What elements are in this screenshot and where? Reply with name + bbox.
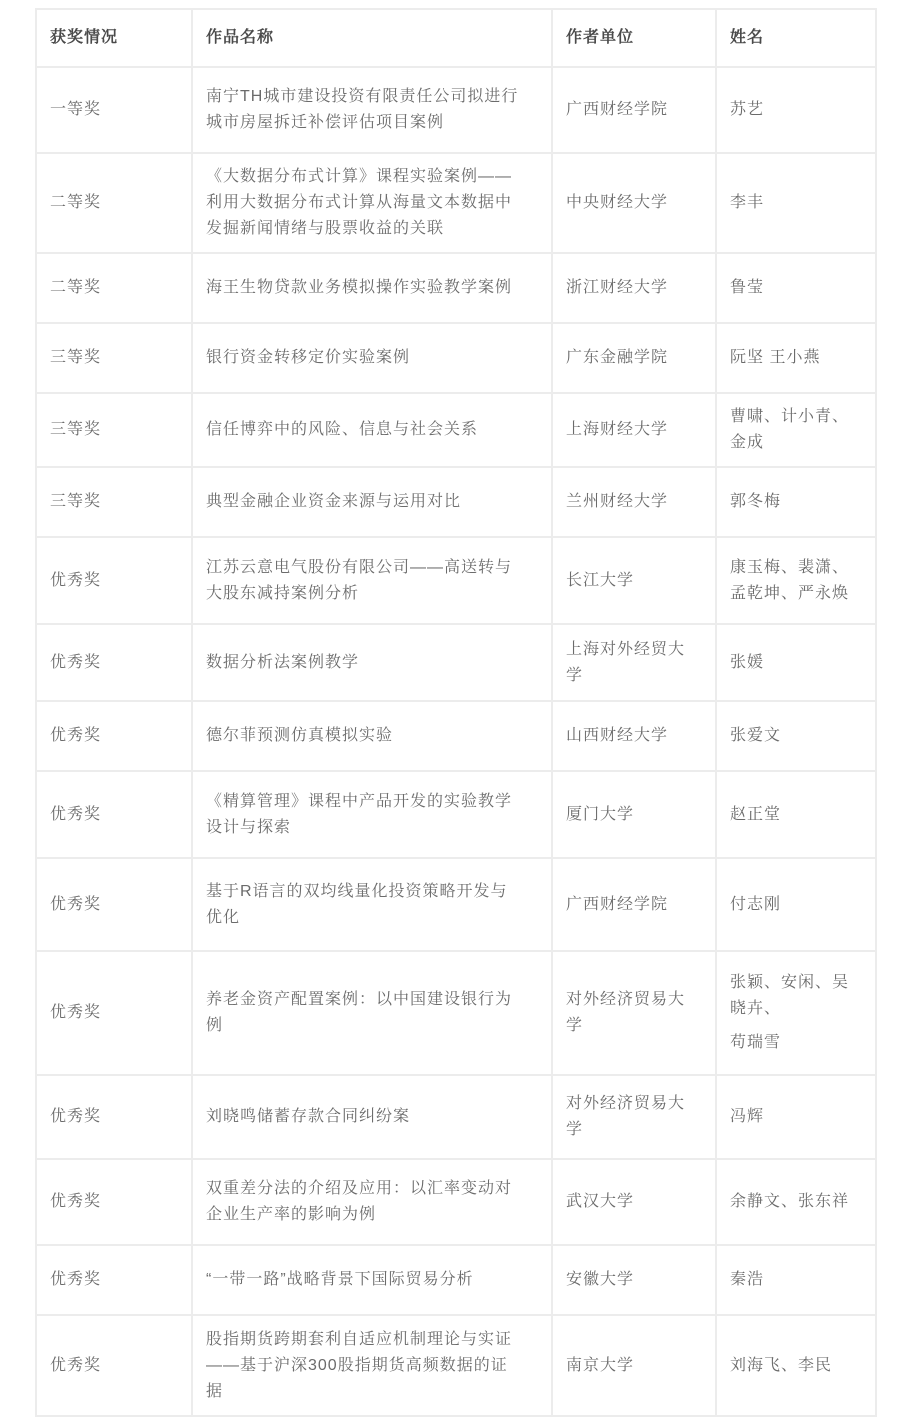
cell-org-text: 山西财经大学 [566,723,699,749]
cell-org-text: 广西财经学院 [566,892,699,918]
cell-title-text: “一带一路”战略背景下国际贸易分析 [206,1267,535,1293]
cell-award-text: 二等奖 [50,275,175,301]
table-row: 二等奖《大数据分布式计算》课程实验案例—— 利用大数据分布式计算从海量文本数据中… [36,153,876,253]
cell-org-text: 浙江财经大学 [566,275,699,301]
cell-title: 信任博弈中的风险、信息与社会关系 [192,393,552,467]
cell-award-text: 三等奖 [50,417,175,443]
cell-org: 南京大学 [552,1315,716,1416]
cell-names: 秦浩 [716,1245,876,1315]
cell-award-text: 三等奖 [50,489,175,515]
table-row: 优秀奖数据分析法案例教学上海对外经贸大 学张媛 [36,624,876,701]
cell-title-text: 股指期货跨期套利自适应机制理论与实证 ——基于沪深300股指期货高频数据的证 据 [206,1327,535,1405]
column-header-org: 作者单位 [552,9,716,67]
cell-names: 冯辉 [716,1075,876,1159]
table-row: 优秀奖德尔菲预测仿真模拟实验山西财经大学张爱文 [36,701,876,771]
cell-names-text: 张颖、安闲、吴 晓卉、 [730,970,859,1022]
cell-award: 优秀奖 [36,1075,192,1159]
cell-title-text: 基于R语言的双均线量化投资策略开发与 优化 [206,879,535,931]
cell-org-text: 武汉大学 [566,1189,699,1215]
cell-names-text: 张爱文 [730,723,859,749]
cell-award: 三等奖 [36,393,192,467]
cell-award: 优秀奖 [36,624,192,701]
table-header: 获奖情况作品名称作者单位姓名 [36,9,876,67]
table-row: 一等奖南宁TH城市建设投资有限责任公司拟进行 城市房屋拆迁补偿评估项目案例广西财… [36,67,876,153]
cell-names-text: 刘海飞、李民 [730,1353,859,1379]
cell-title: 南宁TH城市建设投资有限责任公司拟进行 城市房屋拆迁补偿评估项目案例 [192,67,552,153]
cell-names-text: 赵正堂 [730,802,859,828]
table-row: 优秀奖刘晓鸣储蓄存款合同纠纷案对外经济贸易大 学冯辉 [36,1075,876,1159]
cell-names-text: 郭冬梅 [730,489,859,515]
cell-title: 数据分析法案例教学 [192,624,552,701]
table-body: 一等奖南宁TH城市建设投资有限责任公司拟进行 城市房屋拆迁补偿评估项目案例广西财… [36,67,876,1416]
table-row: 优秀奖养老金资产配置案例：以中国建设银行为 例对外经济贸易大 学张颖、安闲、吴 … [36,951,876,1075]
cell-org: 广西财经学院 [552,67,716,153]
table-row: 优秀奖《精算管理》课程中产品开发的实验教学 设计与探索厦门大学赵正堂 [36,771,876,858]
cell-names-text: 余静文、张东祥 [730,1189,859,1215]
cell-award: 优秀奖 [36,771,192,858]
cell-title: 《大数据分布式计算》课程实验案例—— 利用大数据分布式计算从海量文本数据中 发掘… [192,153,552,253]
page: 获奖情况作品名称作者单位姓名 一等奖南宁TH城市建设投资有限责任公司拟进行 城市… [0,0,912,1420]
cell-title: 养老金资产配置案例：以中国建设银行为 例 [192,951,552,1075]
cell-names-text: 张媛 [730,650,859,676]
table-row: 优秀奖江苏云意电气股份有限公司——高送转与 大股东减持案例分析长江大学康玉梅、裴… [36,537,876,624]
column-header-award: 获奖情况 [36,9,192,67]
cell-names: 刘海飞、李民 [716,1315,876,1416]
table-row: 优秀奖“一带一路”战略背景下国际贸易分析安徽大学秦浩 [36,1245,876,1315]
table-row: 优秀奖股指期货跨期套利自适应机制理论与实证 ——基于沪深300股指期货高频数据的… [36,1315,876,1416]
cell-names: 张爱文 [716,701,876,771]
cell-title-text: 养老金资产配置案例：以中国建设银行为 例 [206,987,535,1039]
cell-org-text: 安徽大学 [566,1267,699,1293]
cell-names-text: 苏艺 [730,97,859,123]
cell-title: 典型金融企业资金来源与运用对比 [192,467,552,537]
cell-award: 优秀奖 [36,701,192,771]
cell-org: 广东金融学院 [552,323,716,393]
cell-names: 张媛 [716,624,876,701]
cell-title-text: 南宁TH城市建设投资有限责任公司拟进行 城市房屋拆迁补偿评估项目案例 [206,84,535,136]
header-row: 获奖情况作品名称作者单位姓名 [36,9,876,67]
column-header-title: 作品名称 [192,9,552,67]
cell-org: 上海对外经贸大 学 [552,624,716,701]
cell-names: 鲁莹 [716,253,876,323]
cell-award-text: 三等奖 [50,345,175,371]
cell-names-text: 阮坚 王小燕 [730,345,859,371]
cell-names: 曹啸、计小青、 金成 [716,393,876,467]
column-header-names: 姓名 [716,9,876,67]
awards-table: 获奖情况作品名称作者单位姓名 一等奖南宁TH城市建设投资有限责任公司拟进行 城市… [35,8,877,1417]
cell-award-text: 优秀奖 [50,1353,175,1379]
cell-names-text: 曹啸、计小青、 金成 [730,404,859,456]
cell-org-text: 广西财经学院 [566,97,699,123]
cell-award: 二等奖 [36,253,192,323]
cell-org-text: 南京大学 [566,1353,699,1379]
cell-names: 康玉梅、裴潇、 孟乾坤、严永焕 [716,537,876,624]
cell-org: 厦门大学 [552,771,716,858]
cell-title: 刘晓鸣储蓄存款合同纠纷案 [192,1075,552,1159]
cell-org-text: 广东金融学院 [566,345,699,371]
table-row: 三等奖信任博弈中的风险、信息与社会关系上海财经大学曹啸、计小青、 金成 [36,393,876,467]
cell-org: 对外经济贸易大 学 [552,1075,716,1159]
table-row: 二等奖海王生物贷款业务模拟操作实验教学案例浙江财经大学鲁莹 [36,253,876,323]
cell-title: 《精算管理》课程中产品开发的实验教学 设计与探索 [192,771,552,858]
table-row: 三等奖银行资金转移定价实验案例广东金融学院阮坚 王小燕 [36,323,876,393]
cell-names-text: 李丰 [730,190,859,216]
cell-title-text: 德尔菲预测仿真模拟实验 [206,723,535,749]
cell-award-text: 一等奖 [50,97,175,123]
cell-award: 优秀奖 [36,951,192,1075]
cell-award-text: 优秀奖 [50,892,175,918]
cell-names-text: 冯辉 [730,1104,859,1130]
cell-award: 二等奖 [36,153,192,253]
cell-org-text: 上海财经大学 [566,417,699,443]
cell-award: 三等奖 [36,467,192,537]
cell-title: 股指期货跨期套利自适应机制理论与实证 ——基于沪深300股指期货高频数据的证 据 [192,1315,552,1416]
cell-names-text: 康玉梅、裴潇、 孟乾坤、严永焕 [730,555,859,607]
cell-org: 中央财经大学 [552,153,716,253]
cell-title-text: 海王生物贷款业务模拟操作实验教学案例 [206,275,535,301]
cell-award-text: 优秀奖 [50,1267,175,1293]
cell-names: 阮坚 王小燕 [716,323,876,393]
cell-names: 郭冬梅 [716,467,876,537]
cell-org-text: 对外经济贸易大 学 [566,987,699,1039]
cell-award-text: 优秀奖 [50,1000,175,1026]
cell-title: 德尔菲预测仿真模拟实验 [192,701,552,771]
cell-title-text: 数据分析法案例教学 [206,650,535,676]
cell-award: 优秀奖 [36,1159,192,1245]
cell-award-text: 优秀奖 [50,568,175,594]
cell-org: 武汉大学 [552,1159,716,1245]
cell-org-text: 上海对外经贸大 学 [566,637,699,689]
cell-names-text: 付志刚 [730,892,859,918]
cell-names-text: 苟瑞雪 [730,1030,859,1056]
cell-award: 优秀奖 [36,1245,192,1315]
cell-names: 苏艺 [716,67,876,153]
cell-org-text: 长江大学 [566,568,699,594]
cell-names: 余静文、张东祥 [716,1159,876,1245]
cell-title-text: 《精算管理》课程中产品开发的实验教学 设计与探索 [206,789,535,841]
cell-award: 优秀奖 [36,537,192,624]
cell-title: 银行资金转移定价实验案例 [192,323,552,393]
cell-award-text: 优秀奖 [50,1104,175,1130]
cell-org-text: 厦门大学 [566,802,699,828]
cell-title: 江苏云意电气股份有限公司——高送转与 大股东减持案例分析 [192,537,552,624]
cell-title-text: 典型金融企业资金来源与运用对比 [206,489,535,515]
table-row: 优秀奖基于R语言的双均线量化投资策略开发与 优化广西财经学院付志刚 [36,858,876,951]
cell-award: 优秀奖 [36,1315,192,1416]
cell-org-text: 对外经济贸易大 学 [566,1091,699,1143]
cell-award-text: 优秀奖 [50,1189,175,1215]
cell-title: 基于R语言的双均线量化投资策略开发与 优化 [192,858,552,951]
cell-title-text: 《大数据分布式计算》课程实验案例—— 利用大数据分布式计算从海量文本数据中 发掘… [206,164,535,242]
cell-award-text: 优秀奖 [50,802,175,828]
cell-title: 双重差分法的介绍及应用：以汇率变动对 企业生产率的影响为例 [192,1159,552,1245]
cell-title-text: 双重差分法的介绍及应用：以汇率变动对 企业生产率的影响为例 [206,1176,535,1228]
cell-award-text: 优秀奖 [50,650,175,676]
cell-org-text: 兰州财经大学 [566,489,699,515]
cell-names-text: 秦浩 [730,1267,859,1293]
cell-org: 对外经济贸易大 学 [552,951,716,1075]
cell-award: 优秀奖 [36,858,192,951]
cell-org: 山西财经大学 [552,701,716,771]
cell-org: 浙江财经大学 [552,253,716,323]
cell-award-text: 优秀奖 [50,723,175,749]
cell-title: “一带一路”战略背景下国际贸易分析 [192,1245,552,1315]
cell-org-text: 中央财经大学 [566,190,699,216]
cell-org: 兰州财经大学 [552,467,716,537]
cell-title-text: 信任博弈中的风险、信息与社会关系 [206,417,535,443]
table-row: 优秀奖双重差分法的介绍及应用：以汇率变动对 企业生产率的影响为例武汉大学余静文、… [36,1159,876,1245]
cell-org: 广西财经学院 [552,858,716,951]
cell-title: 海王生物贷款业务模拟操作实验教学案例 [192,253,552,323]
cell-names-text: 鲁莹 [730,275,859,301]
cell-award: 三等奖 [36,323,192,393]
cell-award-text: 二等奖 [50,190,175,216]
cell-title-text: 江苏云意电气股份有限公司——高送转与 大股东减持案例分析 [206,555,535,607]
cell-names: 张颖、安闲、吴 晓卉、苟瑞雪 [716,951,876,1075]
cell-award: 一等奖 [36,67,192,153]
cell-title-text: 刘晓鸣储蓄存款合同纠纷案 [206,1104,535,1130]
cell-org: 安徽大学 [552,1245,716,1315]
cell-names: 李丰 [716,153,876,253]
cell-title-text: 银行资金转移定价实验案例 [206,345,535,371]
cell-names: 付志刚 [716,858,876,951]
table-row: 三等奖典型金融企业资金来源与运用对比兰州财经大学郭冬梅 [36,467,876,537]
cell-org: 长江大学 [552,537,716,624]
cell-org: 上海财经大学 [552,393,716,467]
cell-names: 赵正堂 [716,771,876,858]
